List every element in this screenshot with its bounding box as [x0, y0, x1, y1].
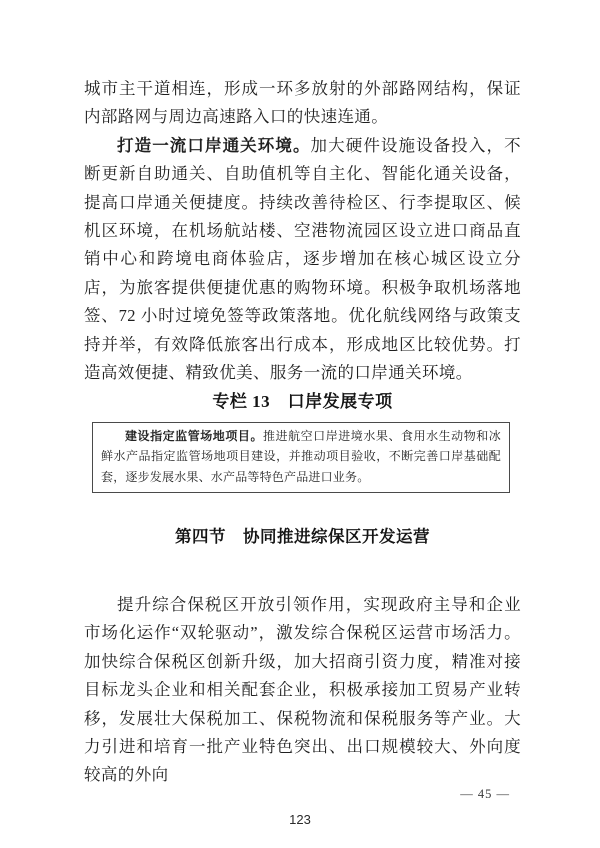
body-text-block-1: 城市主干道相连，形成一环多放射的外部路网结构，保证内部路网与周边高速路入口的快速…	[84, 75, 521, 387]
viewer-page-number: 123	[0, 812, 600, 827]
paragraph-port-environment: 打造一流口岸通关环境。加大硬件设施设备投入，不断更新自助通关、自助值机等自主化、…	[84, 132, 521, 388]
paragraph-continuation: 城市主干道相连，形成一环多放射的外部路网结构，保证内部路网与周边高速路入口的快速…	[84, 75, 521, 132]
paragraph-bonded-zone: 提升综合保税区开放引领作用，实现政府主导和企业市场化运作“双轮驱动”，激发综合保…	[84, 591, 521, 790]
column-box-paragraph: 建设指定监管场地项目。推进航空口岸进境水果、食用水生动物和冰鲜水产品指定监管场地…	[101, 426, 501, 487]
document-page: 城市主干道相连，形成一环多放射的外部路网结构，保证内部路网与周边高速路入口的快速…	[0, 0, 600, 848]
paragraph-bonded-zone-text: 提升综合保税区开放引领作用，实现政府主导和企业市场化运作“双轮驱动”，激发综合保…	[84, 595, 521, 784]
column-box-title: 专栏 13 口岸发展专项	[84, 390, 521, 414]
document-page-label: — 45 —	[84, 787, 510, 801]
column-box: 建设指定监管场地项目。推进航空口岸进境水果、食用水生动物和冰鲜水产品指定监管场地…	[92, 422, 510, 493]
paragraph-continuation-text: 城市主干道相连，形成一环多放射的外部路网结构，保证内部路网与周边高速路入口的快速…	[84, 79, 521, 126]
body-text-block-2: 提升综合保税区开放引领作用，实现政府主导和企业市场化运作“双轮驱动”，激发综合保…	[84, 591, 521, 790]
paragraph-body-text: 加大硬件设施设备投入，不断更新自助通关、自助值机等自主化、智能化通关设备，提高口…	[84, 136, 521, 382]
paragraph-bold-lead: 打造一流口岸通关环境。	[117, 136, 311, 155]
section-heading: 第四节 协同推进综保区开发运营	[84, 524, 521, 550]
column-box-bold-lead: 建设指定监管场地项目。	[125, 429, 263, 443]
